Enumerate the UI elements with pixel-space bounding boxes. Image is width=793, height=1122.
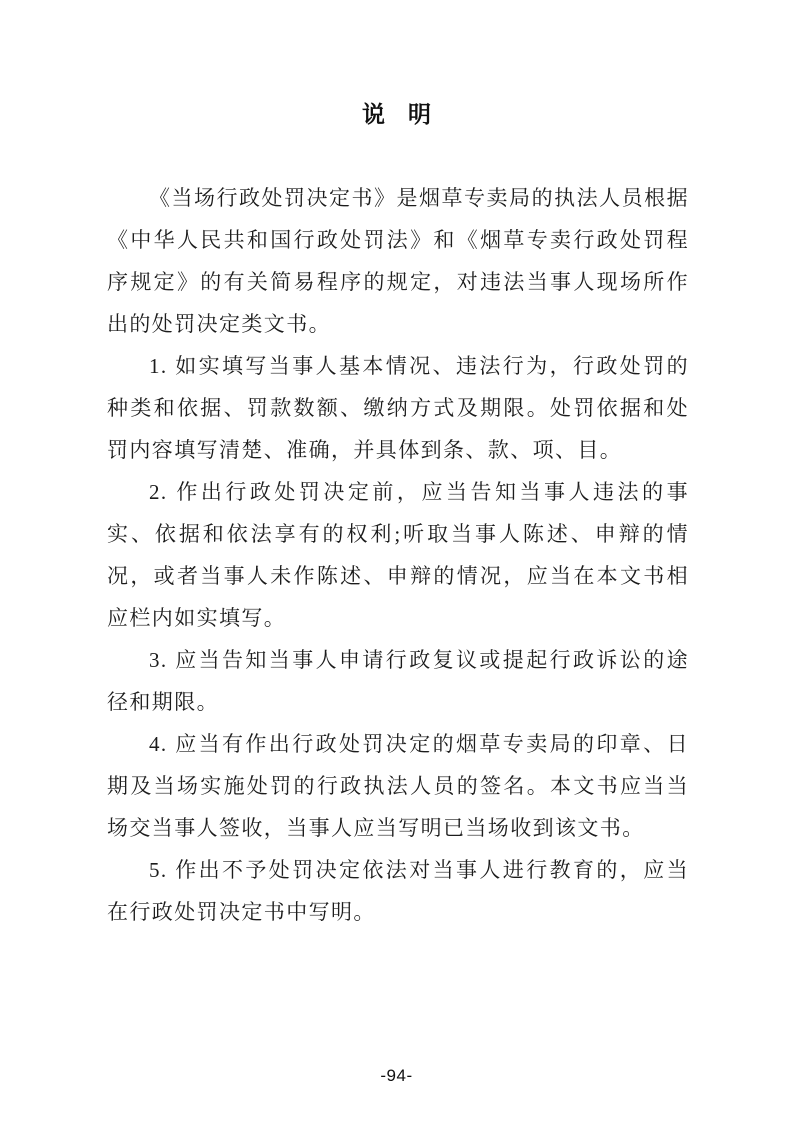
item-1-paragraph: 1. 如实填写当事人基本情况、违法行为，行政处罚的种类和依据、罚款数额、缴纳方式… — [107, 345, 689, 471]
document-page: 说 明 《当场行政处罚决定书》是烟草专卖局的执法人员根据《中华人民共和国行政处罚… — [0, 0, 793, 1122]
document-body: 《当场行政处罚决定书》是烟草专卖局的执法人员根据《中华人民共和国行政处罚法》和《… — [107, 177, 689, 933]
document-title: 说 明 — [0, 99, 793, 129]
item-4-paragraph: 4. 应当有作出行政处罚决定的烟草专卖局的印章、日期及当场实施处罚的行政执法人员… — [107, 723, 689, 849]
intro-paragraph: 《当场行政处罚决定书》是烟草专卖局的执法人员根据《中华人民共和国行政处罚法》和《… — [107, 177, 689, 345]
item-5-paragraph: 5. 作出不予处罚决定依法对当事人进行教育的，应当在行政处罚决定书中写明。 — [107, 849, 689, 933]
item-3-paragraph: 3. 应当告知当事人申请行政复议或提起行政诉讼的途径和期限。 — [107, 639, 689, 723]
item-2-paragraph: 2. 作出行政处罚决定前，应当告知当事人违法的事实、依据和依法享有的权利;听取当… — [107, 471, 689, 639]
page-number: -94- — [0, 1066, 793, 1086]
